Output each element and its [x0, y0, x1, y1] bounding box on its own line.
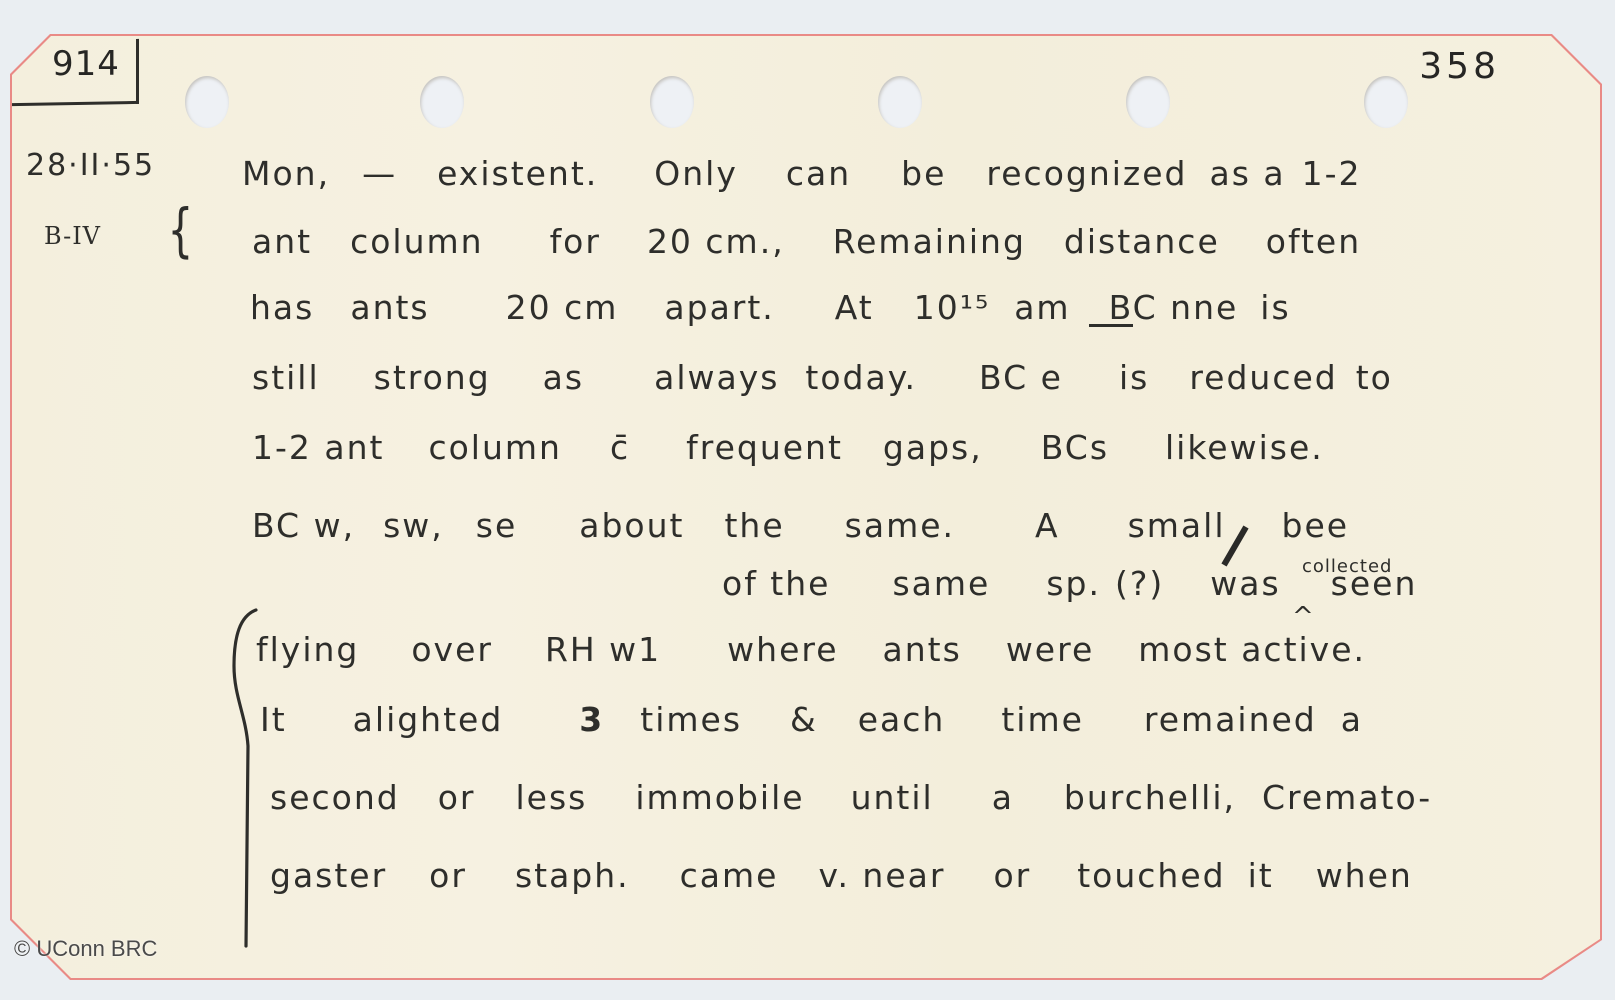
- note-word: of the: [722, 564, 830, 603]
- note-word: the: [724, 506, 784, 545]
- note-word: v. near: [818, 856, 945, 895]
- note-word: Only: [654, 154, 738, 193]
- note-word: most active.: [1138, 630, 1366, 669]
- note-word: 1-2: [1302, 154, 1362, 193]
- note-word: BCs: [1041, 428, 1109, 467]
- note-word: BC nne: [1109, 288, 1239, 327]
- note-word: staph.: [515, 856, 630, 895]
- note-word: same: [892, 564, 990, 603]
- entry-date: 28·II·55: [26, 148, 155, 183]
- margin-brace-icon: {: [168, 196, 194, 264]
- station-label: B-IV: [44, 222, 101, 250]
- note-word: each: [858, 700, 946, 739]
- note-word: Remaining: [833, 222, 1026, 261]
- catalog-number: 914: [52, 44, 120, 84]
- note-word: A: [1035, 506, 1060, 545]
- note-word: ants: [350, 288, 429, 327]
- note-word: immobile: [635, 778, 804, 817]
- note-word: am: [1014, 288, 1070, 327]
- note-word: frequent: [686, 428, 843, 467]
- note-line-3: hasants20 cmapart.At10¹⁵amBC nneis: [250, 288, 1291, 327]
- punch-hole: [1364, 76, 1408, 128]
- time-underlined: 10¹⁵: [914, 288, 990, 327]
- note-word: for: [550, 222, 601, 261]
- note-word: same.: [845, 506, 955, 545]
- insertion-note: collected: [1302, 556, 1392, 577]
- note-word: still: [252, 358, 320, 397]
- note-word: c̄: [610, 428, 630, 467]
- bracket-line-icon: [228, 606, 268, 951]
- note-word: or: [438, 778, 476, 817]
- note-word: about: [579, 506, 684, 545]
- time-underline: [1089, 324, 1133, 327]
- note-word: less: [515, 778, 587, 817]
- note-word: always: [654, 358, 779, 397]
- note-word: when: [1316, 856, 1413, 895]
- note-word: has: [250, 288, 314, 327]
- punch-hole: [650, 76, 694, 128]
- note-word: be: [901, 154, 946, 193]
- note-word: RH w1: [545, 630, 661, 669]
- note-word: column: [350, 222, 483, 261]
- note-word: often: [1266, 222, 1361, 261]
- note-word: distance: [1064, 222, 1220, 261]
- note-line-2: antcolumnfor20 cm.,Remainingdistanceofte…: [252, 222, 1361, 261]
- note-word: column: [428, 428, 561, 467]
- note-word: likewise.: [1165, 428, 1324, 467]
- note-word: gaps,: [883, 428, 983, 467]
- note-word: small: [1128, 506, 1226, 545]
- note-word: a: [1341, 700, 1363, 739]
- note-word: or: [993, 856, 1031, 895]
- note-word: 20 cm.,: [647, 222, 785, 261]
- note-word: ants: [883, 630, 962, 669]
- note-word: were: [1006, 630, 1094, 669]
- note-word: (?): [1115, 564, 1164, 603]
- punch-hole: [1126, 76, 1170, 128]
- note-word: —: [362, 154, 397, 193]
- punch-hole: [420, 76, 464, 128]
- page-number: 358: [1419, 46, 1500, 87]
- note-line-8: flyingoverRH w1whereantsweremost active.: [256, 630, 1366, 669]
- note-word: Mon,: [242, 154, 330, 193]
- note-word: 1-2 ant: [252, 428, 384, 467]
- note-line-10: secondorlessimmobileuntilaburchelli,Crem…: [270, 778, 1432, 817]
- note-word: or: [429, 856, 467, 895]
- note-word: until: [851, 778, 934, 817]
- note-word: is: [1260, 288, 1290, 327]
- note-word: 3: [579, 700, 604, 739]
- note-word: reduced: [1189, 358, 1337, 397]
- note-word: flying: [256, 630, 359, 669]
- punch-hole: [878, 76, 922, 128]
- note-word: to: [1356, 358, 1393, 397]
- note-word: se: [476, 506, 518, 545]
- note-word: a: [992, 778, 1014, 817]
- note-word: 20 cm: [506, 288, 619, 327]
- note-word: alighted: [353, 700, 504, 739]
- note-word: Cremato-: [1262, 778, 1432, 817]
- note-word: it: [1248, 856, 1274, 895]
- note-line-9: Italighted3times&eachtimeremaineda: [260, 700, 1363, 739]
- note-word: time: [1001, 700, 1084, 739]
- insertion-caret-icon: ^: [1292, 602, 1314, 632]
- note-word: where: [727, 630, 838, 669]
- note-word: times: [640, 700, 742, 739]
- note-word: touched: [1077, 856, 1225, 895]
- note-word: as a: [1210, 154, 1286, 193]
- note-word: bee: [1282, 506, 1350, 545]
- note-word: BC w,: [252, 506, 355, 545]
- card-paper: 914 358 28·II·55 B-IV { Mon,—existent.On…: [12, 36, 1600, 978]
- note-word: over: [411, 630, 493, 669]
- note-word: is: [1119, 358, 1149, 397]
- note-word: second: [270, 778, 400, 817]
- note-word: as: [543, 358, 584, 397]
- note-word: came: [680, 856, 779, 895]
- note-word: strong: [374, 358, 491, 397]
- note-word: today.: [805, 358, 917, 397]
- note-word: gaster: [270, 856, 387, 895]
- note-word: sw,: [383, 506, 444, 545]
- field-note-card: 914 358 28·II·55 B-IV { Mon,—existent.On…: [10, 34, 1602, 980]
- note-word: At: [835, 288, 874, 327]
- note-word: apart.: [664, 288, 774, 327]
- note-line-11: gasterorstaph.camev. nearortoucheditwhen: [270, 856, 1413, 895]
- note-word: sp.: [1046, 564, 1101, 603]
- note-line-4: stillstrongasalwaystoday.BC eisreducedto: [252, 358, 1393, 397]
- note-word: BC e: [979, 358, 1063, 397]
- note-line-5: 1-2 antcolumnc̄frequentgaps,BCslikewise.: [252, 428, 1324, 467]
- note-word: existent.: [437, 154, 598, 193]
- copyright-watermark: © UConn BRC: [14, 936, 157, 962]
- note-word: burchelli,: [1064, 778, 1236, 817]
- note-word: recognized: [986, 154, 1187, 193]
- note-word: &: [790, 700, 818, 739]
- note-word: was: [1210, 564, 1280, 603]
- note-line-6: BC w,sw,seaboutthesame.Asmallbee: [252, 506, 1349, 545]
- note-word: ant: [252, 222, 312, 261]
- punch-hole: [185, 76, 229, 128]
- note-word: can: [786, 154, 851, 193]
- note-line-1: Mon,—existent.Onlycanberecognizedas a1-2: [242, 154, 1362, 193]
- note-word: remained: [1144, 700, 1317, 739]
